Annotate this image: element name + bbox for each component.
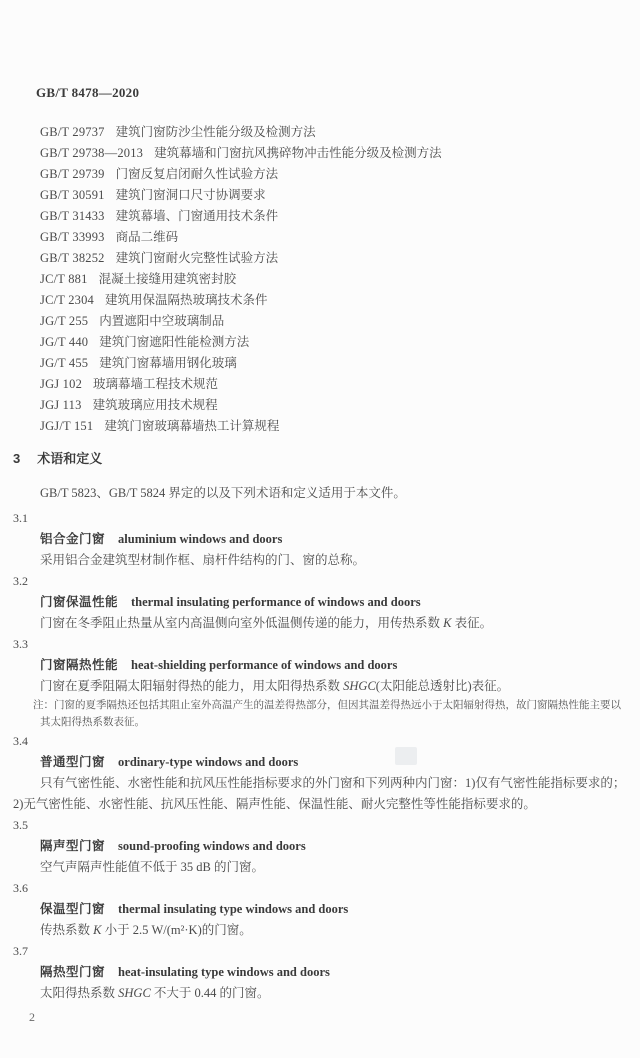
reference-code: GB/T 33993 xyxy=(40,230,105,244)
section-number: 3 xyxy=(13,451,20,466)
term-name: 铝合金门窗aluminium windows and doors xyxy=(40,529,626,550)
section-heading-terms-and-definitions: 3术语和定义 xyxy=(13,451,626,467)
reference-item: GB/T 38252建筑门窗耐火完整性试验方法 xyxy=(40,248,626,269)
term-block: 3.2 门窗保温性能thermal insulating performance… xyxy=(13,571,626,634)
reference-code: GB/T 31433 xyxy=(40,209,105,223)
reference-item: GB/T 29738—2013建筑幕墙和门窗抗风携碎物冲击性能分级及检测方法 xyxy=(40,143,626,164)
reference-item: JC/T 2304建筑用保温隔热玻璃技术条件 xyxy=(40,290,626,311)
note-text: 门窗的夏季隔热还包括其阻止室外高温产生的温差得热部分，但因其温差得热远小于太阳辐… xyxy=(40,700,621,728)
term-definition: 空气声隔声性能值不低于 35 dB 的门窗。 xyxy=(13,857,626,878)
term-id: 3.5 xyxy=(13,815,626,836)
term-definition: 只有气密性能、水密性能和抗风压性能指标要求的外门窗和下列两种内门窗：1)仅有气密… xyxy=(13,773,626,815)
term-name-zh: 隔热型门窗 xyxy=(40,965,105,979)
reference-code: JGJ 102 xyxy=(40,377,82,391)
scan-watermark-artifact xyxy=(395,747,417,765)
term-name-zh: 保温型门窗 xyxy=(40,902,105,916)
term-name-zh: 隔声型门窗 xyxy=(40,839,105,853)
reference-title: 建筑门窗幕墙用钢化玻璃 xyxy=(99,356,237,370)
term-name: 隔热型门窗heat-insulating type windows and do… xyxy=(40,962,626,983)
term-block: 3.3 门窗隔热性能heat-shielding performance of … xyxy=(13,634,626,731)
term-name-en: heat-insulating type windows and doors xyxy=(118,965,330,979)
reference-item: JG/T 455建筑门窗幕墙用钢化玻璃 xyxy=(40,353,626,374)
reference-code: JG/T 255 xyxy=(40,314,88,328)
term-name: 隔声型门窗sound-proofing windows and doors xyxy=(40,836,626,857)
term-name-en: heat-shielding performance of windows an… xyxy=(131,658,397,672)
term-block: 3.5 隔声型门窗sound-proofing windows and door… xyxy=(13,815,626,878)
term-id: 3.3 xyxy=(13,634,626,655)
term-definition: 太阳得热系数 SHGC 不大于 0.44 的门窗。 xyxy=(13,983,626,1004)
term-definition: 采用铝合金建筑型材制作框、扇杆件结构的门、窗的总称。 xyxy=(13,550,626,571)
reference-title: 建筑玻璃应用技术规程 xyxy=(93,398,218,412)
reference-code: GB/T 38252 xyxy=(40,251,105,265)
term-name: 门窗保温性能thermal insulating performance of … xyxy=(40,592,626,613)
reference-item: GB/T 29739门窗反复启闭耐久性试验方法 xyxy=(40,164,626,185)
terms-list: 3.1 铝合金门窗aluminium windows and doors 采用铝… xyxy=(13,508,626,1004)
reference-code: JGJ/T 151 xyxy=(40,419,93,433)
reference-title: 建筑幕墙、门窗通用技术条件 xyxy=(116,209,279,223)
reference-code: JC/T 881 xyxy=(40,272,88,286)
reference-title: 建筑门窗玻璃幕墙热工计算规程 xyxy=(104,419,279,433)
normative-reference-list: GB/T 29737建筑门窗防沙尘性能分级及检测方法 GB/T 29738—20… xyxy=(40,122,626,437)
reference-item: JC/T 881混凝土接缝用建筑密封胶 xyxy=(40,269,626,290)
reference-title: 建筑门窗耐火完整性试验方法 xyxy=(116,251,279,265)
term-definition: 门窗在冬季阻止热量从室内高温侧向室外低温侧传递的能力，用传热系数 K 表征。 xyxy=(13,613,626,634)
reference-title: 建筑用保温隔热玻璃技术条件 xyxy=(105,293,268,307)
reference-item: GB/T 31433建筑幕墙、门窗通用技术条件 xyxy=(40,206,626,227)
term-id: 3.6 xyxy=(13,878,626,899)
reference-title: 混凝土接缝用建筑密封胶 xyxy=(99,272,237,286)
section-title: 术语和定义 xyxy=(37,451,102,466)
reference-item: JGJ/T 151建筑门窗玻璃幕墙热工计算规程 xyxy=(40,416,626,437)
reference-code: JG/T 455 xyxy=(40,356,88,370)
reference-item: JGJ 113建筑玻璃应用技术规程 xyxy=(40,395,626,416)
term-name: 保温型门窗thermal insulating type windows and… xyxy=(40,899,626,920)
term-id: 3.7 xyxy=(13,941,626,962)
term-block: 3.1 铝合金门窗aluminium windows and doors 采用铝… xyxy=(13,508,626,571)
term-note: 注：门窗的夏季隔热还包括其阻止室外高温产生的温差得热部分，但因其温差得热远小于太… xyxy=(40,697,626,731)
page-content: GB/T 8478—2020 GB/T 29737建筑门窗防沙尘性能分级及检测方… xyxy=(0,0,640,1004)
reference-title: 玻璃幕墙工程技术规范 xyxy=(93,377,218,391)
reference-title: 建筑门窗遮阳性能检测方法 xyxy=(99,335,249,349)
reference-title: 门窗反复启闭耐久性试验方法 xyxy=(116,167,279,181)
term-name-en: aluminium windows and doors xyxy=(118,532,282,546)
reference-code: GB/T 30591 xyxy=(40,188,105,202)
reference-title: 建筑门窗防沙尘性能分级及检测方法 xyxy=(116,125,316,139)
reference-code: JGJ 113 xyxy=(40,398,82,412)
term-name-zh: 普通型门窗 xyxy=(40,755,105,769)
term-block: 3.7 隔热型门窗heat-insulating type windows an… xyxy=(13,941,626,1004)
term-id: 3.2 xyxy=(13,571,626,592)
term-name-zh: 门窗隔热性能 xyxy=(40,658,118,672)
terms-intro-paragraph: GB/T 5823、GB/T 5824 界定的以及下列术语和定义适用于本文件。 xyxy=(13,483,626,504)
term-name-en: thermal insulating performance of window… xyxy=(131,595,421,609)
reference-item: JGJ 102玻璃幕墙工程技术规范 xyxy=(40,374,626,395)
term-name-en: sound-proofing windows and doors xyxy=(118,839,306,853)
term-id: 3.4 xyxy=(13,731,626,752)
reference-code: GB/T 29738—2013 xyxy=(40,146,143,160)
reference-item: JG/T 440建筑门窗遮阳性能检测方法 xyxy=(40,332,626,353)
reference-title: 内置遮阳中空玻璃制品 xyxy=(99,314,224,328)
term-definition: 门窗在夏季阻隔太阳辐射得热的能力，用太阳得热系数 SHGC(太阳能总透射比)表征… xyxy=(13,676,626,697)
reference-item: GB/T 29737建筑门窗防沙尘性能分级及检测方法 xyxy=(40,122,626,143)
term-name: 门窗隔热性能heat-shielding performance of wind… xyxy=(40,655,626,676)
note-label: 注： xyxy=(33,700,54,711)
term-name-en: ordinary-type windows and doors xyxy=(118,755,298,769)
reference-title: 建筑幕墙和门窗抗风携碎物冲击性能分级及检测方法 xyxy=(154,146,442,160)
reference-item: GB/T 33993商品二维码 xyxy=(40,227,626,248)
reference-item: GB/T 30591建筑门窗洞口尺寸协调要求 xyxy=(40,185,626,206)
term-name: 普通型门窗ordinary-type windows and doors xyxy=(40,752,626,773)
term-block: 3.6 保温型门窗thermal insulating type windows… xyxy=(13,878,626,941)
reference-title: 建筑门窗洞口尺寸协调要求 xyxy=(116,188,266,202)
term-name-zh: 门窗保温性能 xyxy=(40,595,118,609)
reference-title: 商品二维码 xyxy=(116,230,179,244)
standard-number-header: GB/T 8478—2020 xyxy=(36,86,626,100)
reference-code: JG/T 440 xyxy=(40,335,88,349)
reference-item: JG/T 255内置遮阳中空玻璃制品 xyxy=(40,311,626,332)
document-page: GB/T 8478—2020 GB/T 29737建筑门窗防沙尘性能分级及检测方… xyxy=(0,0,640,1058)
reference-code: JC/T 2304 xyxy=(40,293,94,307)
reference-code: GB/T 29737 xyxy=(40,125,105,139)
reference-code: GB/T 29739 xyxy=(40,167,105,181)
term-block: 3.4 普通型门窗ordinary-type windows and doors… xyxy=(13,731,626,815)
term-definition: 传热系数 K 小于 2.5 W/(m²·K)的门窗。 xyxy=(13,920,626,941)
term-id: 3.1 xyxy=(13,508,626,529)
page-number: 2 xyxy=(29,1010,35,1025)
term-name-zh: 铝合金门窗 xyxy=(40,532,105,546)
term-name-en: thermal insulating type windows and door… xyxy=(118,902,348,916)
